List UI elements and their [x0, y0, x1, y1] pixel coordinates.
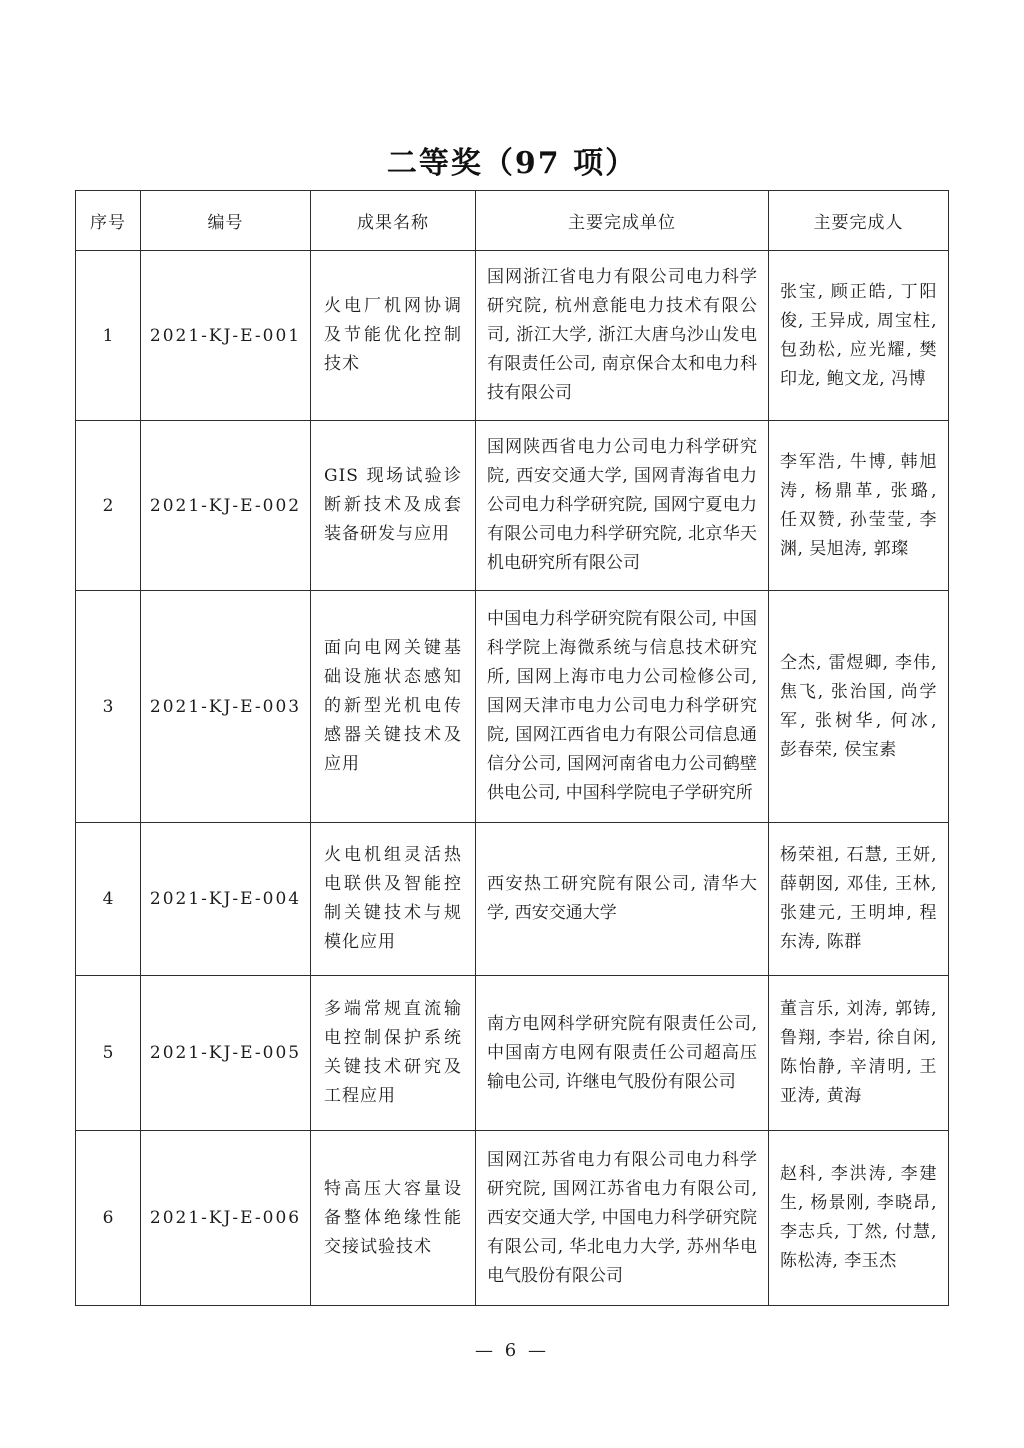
table-row: 1 2021-KJ-E-001 火电厂机网协调及节能优化控制技术 国网浙江省电力…: [76, 251, 949, 421]
cell-num: 1: [76, 251, 141, 421]
cell-num: 6: [76, 1131, 141, 1306]
cell-num: 3: [76, 591, 141, 823]
cell-people: 赵科, 李洪涛, 李建生, 杨景刚, 李晓昂, 李志兵, 丁然, 付慧, 陈松涛…: [769, 1131, 949, 1306]
cell-people: 李军浩, 牛博, 韩旭涛, 杨鼎革, 张璐, 任双赞, 孙莹莹, 李渊, 吴旭涛…: [769, 421, 949, 591]
cell-people: 张宝, 顾正皓, 丁阳俊, 王异成, 周宝柱, 包劲松, 应光耀, 樊印龙, 鲍…: [769, 251, 949, 421]
page-title: 二等奖（97 项）: [0, 138, 1024, 182]
document-page: 二等奖（97 项） 序号 编号 成果名称 主要完成单位 主要完成人 1 2021…: [0, 0, 1024, 1448]
cell-code: 2021-KJ-E-002: [141, 421, 311, 591]
cell-units: 南方电网科学研究院有限责任公司, 中国南方电网有限责任公司超高压输电公司, 许继…: [476, 976, 769, 1131]
cell-code: 2021-KJ-E-001: [141, 251, 311, 421]
cell-units: 国网浙江省电力有限公司电力科学研究院, 杭州意能电力技术有限公司, 浙江大学, …: [476, 251, 769, 421]
cell-units: 国网陕西省电力公司电力科学研究院, 西安交通大学, 国网青海省电力公司电力科学研…: [476, 421, 769, 591]
cell-num: 4: [76, 823, 141, 976]
cell-name: 面向电网关键基础设施状态感知的新型光机电传感器关键技术及应用: [311, 591, 476, 823]
header-units: 主要完成单位: [476, 191, 769, 251]
header-name: 成果名称: [311, 191, 476, 251]
header-num: 序号: [76, 191, 141, 251]
page-number: — 6 —: [0, 1340, 1024, 1361]
cell-name: 多端常规直流输电控制保护系统关键技术研究及工程应用: [311, 976, 476, 1131]
table-row: 6 2021-KJ-E-006 特高压大容量设备整体绝缘性能交接试验技术 国网江…: [76, 1131, 949, 1306]
cell-units: 国网江苏省电力有限公司电力科学研究院, 国网江苏省电力有限公司, 西安交通大学,…: [476, 1131, 769, 1306]
award-table: 序号 编号 成果名称 主要完成单位 主要完成人 1 2021-KJ-E-001 …: [75, 190, 949, 1306]
table-row: 3 2021-KJ-E-003 面向电网关键基础设施状态感知的新型光机电传感器关…: [76, 591, 949, 823]
header-code: 编号: [141, 191, 311, 251]
table-row: 5 2021-KJ-E-005 多端常规直流输电控制保护系统关键技术研究及工程应…: [76, 976, 949, 1131]
cell-people: 董言乐, 刘涛, 郭铸, 鲁翔, 李岩, 徐自闲, 陈怡静, 辛清明, 王亚涛,…: [769, 976, 949, 1131]
cell-people: 仝杰, 雷煜卿, 李伟, 焦飞, 张治国, 尚学军, 张树华, 何冰, 彭春荣,…: [769, 591, 949, 823]
cell-name: GIS 现场试验诊断新技术及成套装备研发与应用: [311, 421, 476, 591]
cell-name: 火电机组灵活热电联供及智能控制关键技术与规模化应用: [311, 823, 476, 976]
cell-code: 2021-KJ-E-005: [141, 976, 311, 1131]
cell-num: 2: [76, 421, 141, 591]
cell-units: 西安热工研究院有限公司, 清华大学, 西安交通大学: [476, 823, 769, 976]
table-row: 2 2021-KJ-E-002 GIS 现场试验诊断新技术及成套装备研发与应用 …: [76, 421, 949, 591]
cell-num: 5: [76, 976, 141, 1131]
cell-name: 火电厂机网协调及节能优化控制技术: [311, 251, 476, 421]
cell-name: 特高压大容量设备整体绝缘性能交接试验技术: [311, 1131, 476, 1306]
cell-people: 杨荣祖, 石慧, 王妍, 薛朝囡, 邓佳, 王林, 张建元, 王明坤, 程东涛,…: [769, 823, 949, 976]
table-row: 4 2021-KJ-E-004 火电机组灵活热电联供及智能控制关键技术与规模化应…: [76, 823, 949, 976]
cell-code: 2021-KJ-E-004: [141, 823, 311, 976]
table-header-row: 序号 编号 成果名称 主要完成单位 主要完成人: [76, 191, 949, 251]
cell-code: 2021-KJ-E-006: [141, 1131, 311, 1306]
header-people: 主要完成人: [769, 191, 949, 251]
cell-code: 2021-KJ-E-003: [141, 591, 311, 823]
cell-units: 中国电力科学研究院有限公司, 中国科学院上海微系统与信息技术研究所, 国网上海市…: [476, 591, 769, 823]
